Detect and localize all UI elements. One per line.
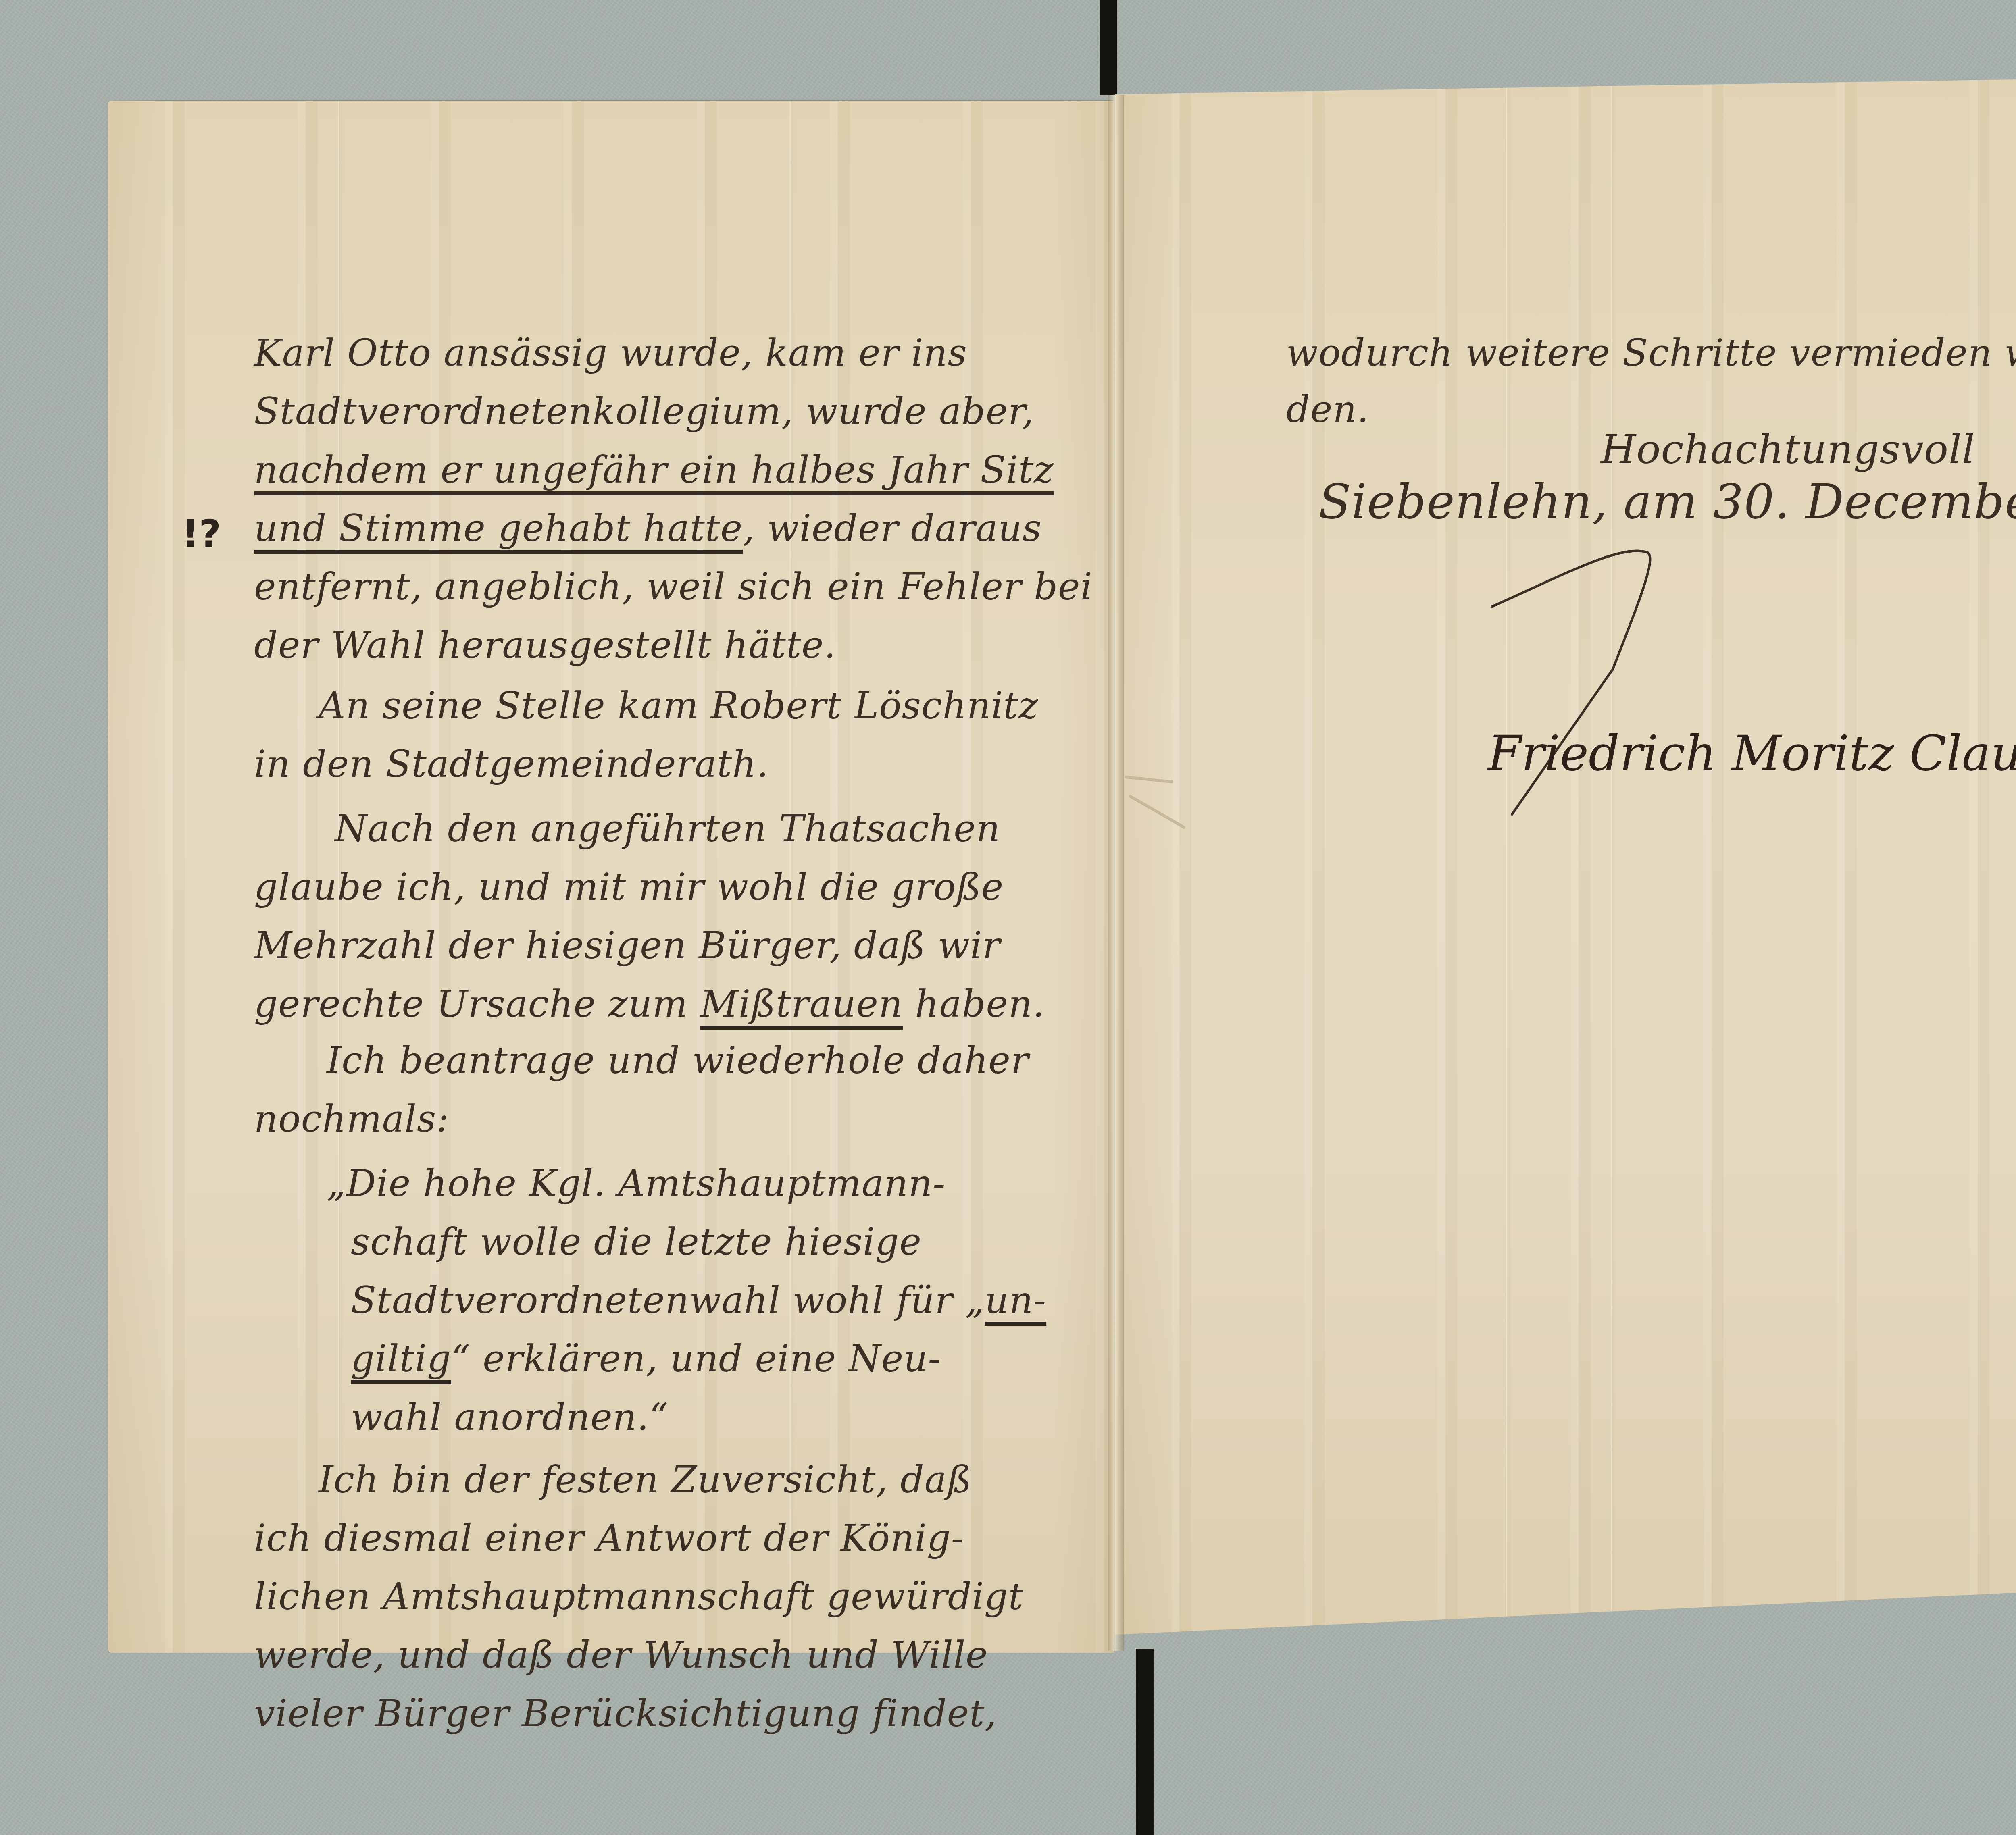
signature: Friedrich Moritz Clauß jun. [1488,726,2016,782]
binding-strip-bottom [1136,1649,1154,1835]
text-fragment: Stadtverordnetenwahl wohl für „ [351,1279,985,1322]
quoted-line: „Die hohe Kgl. Amtshauptmann- [327,1165,946,1202]
closing-salutation: Hochachtungsvoll [1601,429,1975,470]
text-line-underlined: und Stimme gehabt hatte, wieder daraus [254,510,1042,547]
text-line: lichen Amtshauptmannschaft gewürdigt [254,1578,1024,1615]
text-fragment: “ erklären, und eine Neu- [451,1337,941,1380]
text-line: gerechte Ursache zum Mißtrauen haben. [254,986,1045,1023]
text-line: Stadtverordnetenkollegium, wurde aber, [254,393,1034,430]
quoted-line: giltig“ erklären, und eine Neu- [351,1340,941,1377]
text-line: in den Stadtgemeinderath. [254,746,769,783]
margin-annotation: !? [181,512,221,556]
text-line: Ich bin der festen Zuversicht, daß [319,1461,972,1498]
text-line: ich diesmal einer Antwort der König- [254,1520,964,1557]
text-line: Karl Otto ansässig wurde, kam er ins [254,335,967,372]
text-line: An seine Stelle kam Robert Löschnitz [319,687,1039,724]
text-line: der Wahl herausgestellt hätte. [254,627,836,664]
place-and-date: Siebenlehn, am 30. December 1876. [1318,478,2016,525]
text-line: entfernt, angeblich, weil sich ein Fehle… [254,568,1093,605]
binding-strip-top [1100,0,1117,95]
text-line: werde, und daß der Wunsch und Wille [254,1637,988,1674]
underlined-phrase: und Stimme gehabt hatte [254,507,743,550]
text-line: wodurch weitere Schritte vermieden wer- [1286,335,2016,372]
quoted-line: Stadtverordnetenwahl wohl für „un- [351,1282,1046,1319]
text-line: Mehrzahl der hiesigen Bürger, daß wir [254,927,1000,964]
text-fragment: , wieder daraus [743,507,1042,550]
text-line: vieler Bürger Berücksichtigung findet, [254,1695,997,1732]
quoted-line: schaft wolle die letzte hiesige [351,1223,922,1261]
text-fragment: gerechte Ursache zum [254,982,700,1026]
text-line: Ich beantrage und wiederhole daher [327,1042,1029,1079]
underlined-word: un- [985,1279,1047,1322]
text-line: glaube ich, und mit mir wohl die große [254,869,1004,906]
text-line: Nach den angeführten Thatsachen [335,810,1000,847]
quoted-line: wahl anordnen.“ [351,1399,669,1436]
text-line-underlined: nachdem er ungefähr ein halbes Jahr Sitz [254,451,1054,489]
text-line: nochmals: [254,1101,449,1138]
underlined-word: giltig [351,1337,451,1380]
left-page-text: Karl Otto ansässig wurde, kam er ins Sta… [254,335,1121,1544]
underlined-word: Mißtrauen [700,982,903,1026]
text-line: den. [1286,391,1369,428]
text-fragment: haben. [903,982,1045,1026]
